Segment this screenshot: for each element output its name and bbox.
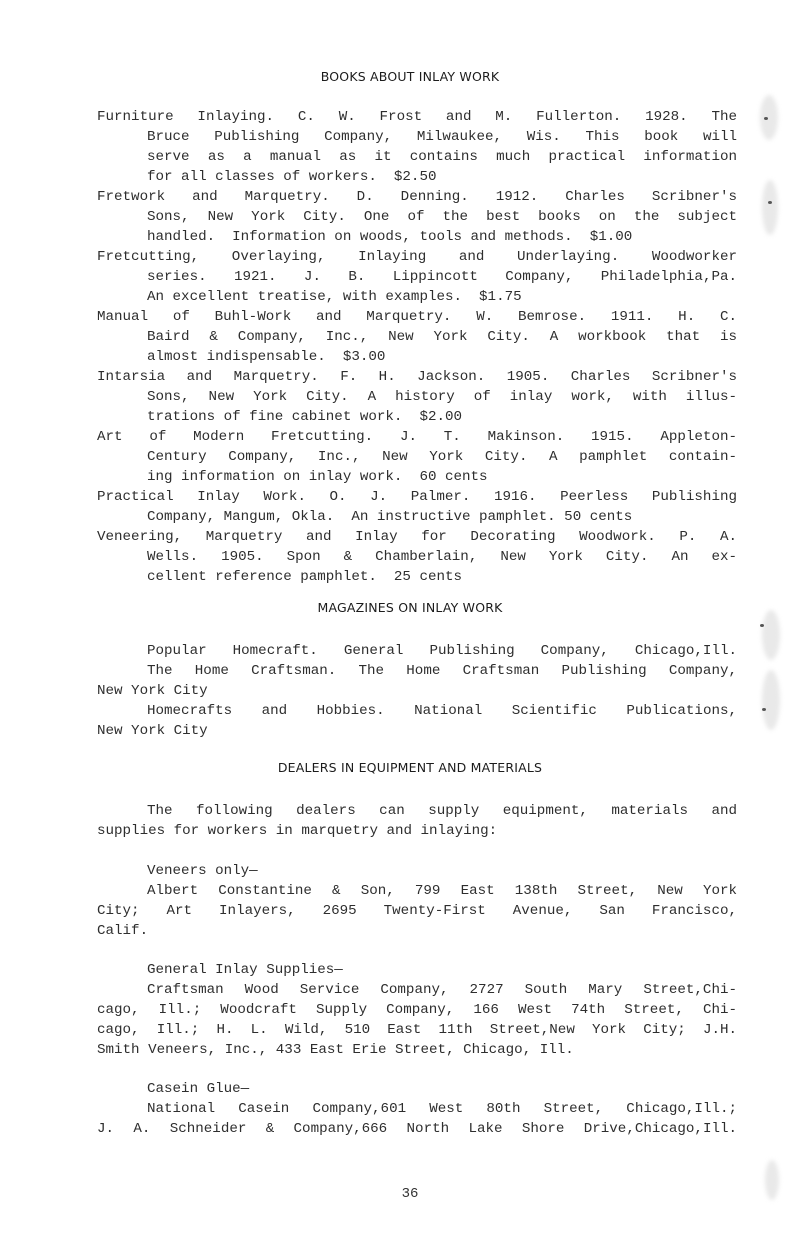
section-heading-books: BOOKS ABOUT INLAY WORK	[0, 69, 800, 84]
book-entry-line: trations of fine cabinet work. $2.00	[97, 407, 737, 427]
scan-speck	[764, 117, 768, 120]
section-heading-magazines: MAGAZINES ON INLAY WORK	[0, 600, 800, 615]
book-entry-line: Company, Mangum, Okla. An instructive pa…	[97, 507, 737, 527]
scanned-page: BOOKS ABOUT INLAY WORK Furniture Inlayin…	[0, 0, 800, 1249]
book-entry-line: Intarsia and Marquetry. F. H. Jackson. 1…	[97, 367, 737, 387]
book-entry-line: Fretcutting, Overlaying, Inlaying and Un…	[97, 247, 737, 267]
dealer-entry-line: Craftsman Wood Service Company, 2727 Sou…	[97, 980, 737, 1000]
scan-smudge	[762, 180, 778, 235]
magazine-entry-line: Homecrafts and Hobbies. National Scienti…	[97, 701, 737, 721]
book-entry-line: Veneering, Marquetry and Inlay for Decor…	[97, 527, 737, 547]
book-entry-line: Bruce Publishing Company, Milwaukee, Wis…	[97, 127, 737, 147]
book-entry-line: almost indispensable. $3.00	[97, 347, 737, 367]
book-entry-line: Wells. 1905. Spon & Chamberlain, New Yor…	[97, 547, 737, 567]
scan-speck	[768, 201, 772, 204]
book-entry-line: series. 1921. J. B. Lippincott Company, …	[97, 267, 737, 287]
dealer-entry-line: National Casein Company,601 West 80th St…	[97, 1099, 737, 1119]
book-entry-line: Sons, New York City. One of the best boo…	[97, 207, 737, 227]
book-entry-line: serve as a manual as it contains much pr…	[97, 147, 737, 167]
scan-smudge	[762, 670, 780, 730]
book-entry-line: for all classes of workers. $2.50	[97, 167, 737, 187]
dealer-group-title: Casein Glue—	[97, 1079, 737, 1099]
dealer-entry-line: Calif.	[97, 921, 737, 941]
dealer-group-title: Veneers only—	[97, 861, 737, 881]
dealer-group-general-inlay: General Inlay Supplies—Craftsman Wood Se…	[97, 960, 737, 1060]
dealer-entry-line: Smith Veneers, Inc., 433 East Erie Stree…	[97, 1040, 737, 1060]
book-entry-line: Practical Inlay Work. O. J. Palmer. 1916…	[97, 487, 737, 507]
magazines-list: Popular Homecraft. General Publishing Co…	[97, 641, 737, 741]
book-entry-line: Baird & Company, Inc., New York City. A …	[97, 327, 737, 347]
book-entry-line: Furniture Inlaying. C. W. Frost and M. F…	[97, 107, 737, 127]
dealers-intro-line: The following dealers can supply equipme…	[97, 801, 737, 821]
section-heading-dealers: DEALERS IN EQUIPMENT AND MATERIALS	[0, 760, 800, 775]
book-entry-line: Fretwork and Marquetry. D. Denning. 1912…	[97, 187, 737, 207]
dealer-entry-line: J. A. Schneider & Company,666 North Lake…	[97, 1119, 737, 1139]
page-number: 36	[0, 1186, 800, 1202]
scan-smudge	[762, 610, 780, 660]
dealer-entry-line: cago, Ill.; H. L. Wild, 510 East 11th St…	[97, 1020, 737, 1040]
dealer-group-title: General Inlay Supplies—	[97, 960, 737, 980]
scan-speck	[760, 624, 764, 627]
dealers-intro-line: supplies for workers in marquetry and in…	[97, 821, 737, 841]
dealer-entry-line: Albert Constantine & Son, 799 East 138th…	[97, 881, 737, 901]
dealer-group-casein-glue: Casein Glue—National Casein Company,601 …	[97, 1079, 737, 1139]
book-entry-line: ing information on inlay work. 60 cents	[97, 467, 737, 487]
magazine-entry-line: Popular Homecraft. General Publishing Co…	[97, 641, 737, 661]
magazine-entry-line: New York City	[97, 721, 737, 741]
dealers-intro: The following dealers can supply equipme…	[97, 801, 737, 841]
book-entry-line: Century Company, Inc., New York City. A …	[97, 447, 737, 467]
book-entry-line: Art of Modern Fretcutting. J. T. Makinso…	[97, 427, 737, 447]
book-entry-line: cellent reference pamphlet. 25 cents	[97, 567, 737, 587]
dealer-group-veneers: Veneers only—Albert Constantine & Son, 7…	[97, 861, 737, 941]
book-entry-line: handled. Information on woods, tools and…	[97, 227, 737, 247]
books-list: Furniture Inlaying. C. W. Frost and M. F…	[97, 107, 737, 587]
dealer-entry-line: City; Art Inlayers, 2695 Twenty-First Av…	[97, 901, 737, 921]
scan-smudge	[760, 95, 778, 140]
book-entry-line: Manual of Buhl-Work and Marquetry. W. Be…	[97, 307, 737, 327]
scan-speck	[762, 708, 766, 711]
book-entry-line: Sons, New York City. A history of inlay …	[97, 387, 737, 407]
magazine-entry-line: The Home Craftsman. The Home Craftsman P…	[97, 661, 737, 681]
dealer-entry-line: cago, Ill.; Woodcraft Supply Company, 16…	[97, 1000, 737, 1020]
magazine-entry-line: New York City	[97, 681, 737, 701]
book-entry-line: An excellent treatise, with examples. $1…	[97, 287, 737, 307]
